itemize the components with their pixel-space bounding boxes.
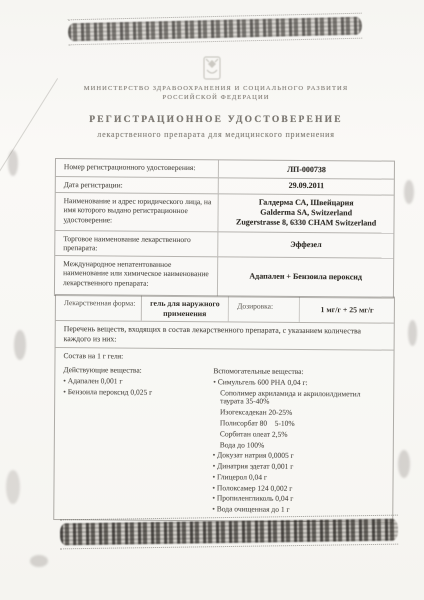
list-item: • Полоксамер 124 0,002 г [212,484,388,494]
state-emblem-icon [199,54,225,84]
holder-value: Галдерма СА, Швейцария Galderma SA, Swit… [218,194,394,232]
list-item: • Глицерол 0,04 г [212,473,388,483]
list-item: • Динатрия эдетат 0,001 г [213,462,389,472]
composition-intro: Перечень веществ, входящих в состав лека… [56,321,394,351]
registration-date-value: 29.09.2011 [218,178,394,194]
holder-line-address: Zugerstrasse 8, 6330 CHAM Switzerland [236,217,376,228]
list-item: Сорбитан олеат 2,5% [213,430,370,440]
table-row-trade-name: Торговое наименование лекарственного пре… [55,231,393,259]
row-label: Международное непатентованное наименован… [55,256,218,296]
row-label: Наименование и адрес юридического лица, … [55,193,218,231]
excipients-list: • Симульгель 600 РНА 0,04 г: Сополимер а… [212,378,389,515]
scan-noise-speck [30,555,48,567]
ministry-name-line1: МИНИСТЕРСТВО ЗДРАВООХРАНЕНИЯ И СОЦИАЛЬНО… [36,84,396,93]
list-item: Вода до 100% [213,441,370,451]
scan-noise-speck [404,180,414,204]
list-item: • Докузат натрия 0,0005 г [213,452,389,462]
list-item: • Адапален 0,001 г [63,377,213,387]
ministry-name-line2: РОССИЙСКОЙ ФЕДЕРАЦИИ [36,93,396,102]
active-substances-header: Действующие вещества: [63,365,213,375]
composition-columns: Действующие вещества: • Адапален 0,001 г… [62,363,389,518]
scan-noise-speck [398,450,410,478]
table-row-form-dosage: Лекарственная форма: гель для наружного … [56,295,394,324]
form-value: гель для наружного применения [140,296,228,322]
document-header: МИНИСТЕРСТВО ЗДРАВООХРАНЕНИЯ И СОЦИАЛЬНО… [36,84,396,139]
bottom-smudge-band [60,515,398,550]
list-item: • Вода очищенная до 1 г [212,505,388,515]
scanned-registration-certificate: МИНИСТЕРСТВО ЗДРАВООХРАНЕНИЯ И СОЦИАЛЬНО… [0,0,424,600]
active-substances-column: Действующие вещества: • Адапален 0,001 г… [62,363,213,516]
composition-section: Состав на 1 г геля: Действующие вещества… [54,348,393,522]
form-label: Лекарственная форма: [56,295,141,321]
scan-noise-speck [14,330,26,360]
excipients-column: Вспомогательные вещества: • Симульгель 6… [212,364,389,517]
row-label: Торговое наименование лекарственного пре… [55,231,217,256]
list-item: Сополимер акриламида и акрилоилдиметил т… [213,389,370,407]
table-row-inn: Международное непатентованное наименован… [55,256,393,298]
registration-details-table: Номер регистрационного удостоверения: ЛП… [54,158,395,298]
list-item: • Бензоила пероксид 0,025 г [63,388,213,398]
inn-value: Адапален + Бензоила пероксид [217,257,393,297]
registration-number-value: ЛП-000738 [218,160,394,178]
row-label: Дата регистрации: [56,177,218,193]
table-row-holder: Наименование и адрес юридического лица, … [55,193,393,234]
scan-noise-speck [6,470,20,504]
dosage-value: 1 мг/г + 25 мг/г [299,297,394,323]
list-item: • Симульгель 600 РНА 0,04 г: [213,378,389,388]
active-substances-list: • Адапален 0,001 г • Бензоила пероксид 0… [63,377,213,398]
top-smudge-band [68,13,363,46]
scan-noise-speck [408,320,417,346]
document-title: РЕГИСТРАЦИОННОЕ УДОСТОВЕРЕНИЕ [36,115,396,125]
trade-name-value: Эффезел [217,232,393,258]
list-item: • Пропиленгликоль 0,04 г [212,495,388,505]
document-subtitle: лекарственного препарата для медицинског… [36,130,396,139]
excipients-header: Вспомогательные вещества: [213,366,389,376]
list-item: Полисорбат 80 5-10% [213,419,370,429]
smudge-core [60,519,398,546]
form-composition-table: Лекарственная форма: гель для наружного … [53,294,395,523]
composition-basis: Состав на 1 г геля: [63,351,389,363]
dosage-label: Дозировка: [228,296,299,322]
list-item: Изогексадекан 20-25% [213,408,370,418]
row-label: Номер регистрационного удостоверения: [56,159,218,177]
